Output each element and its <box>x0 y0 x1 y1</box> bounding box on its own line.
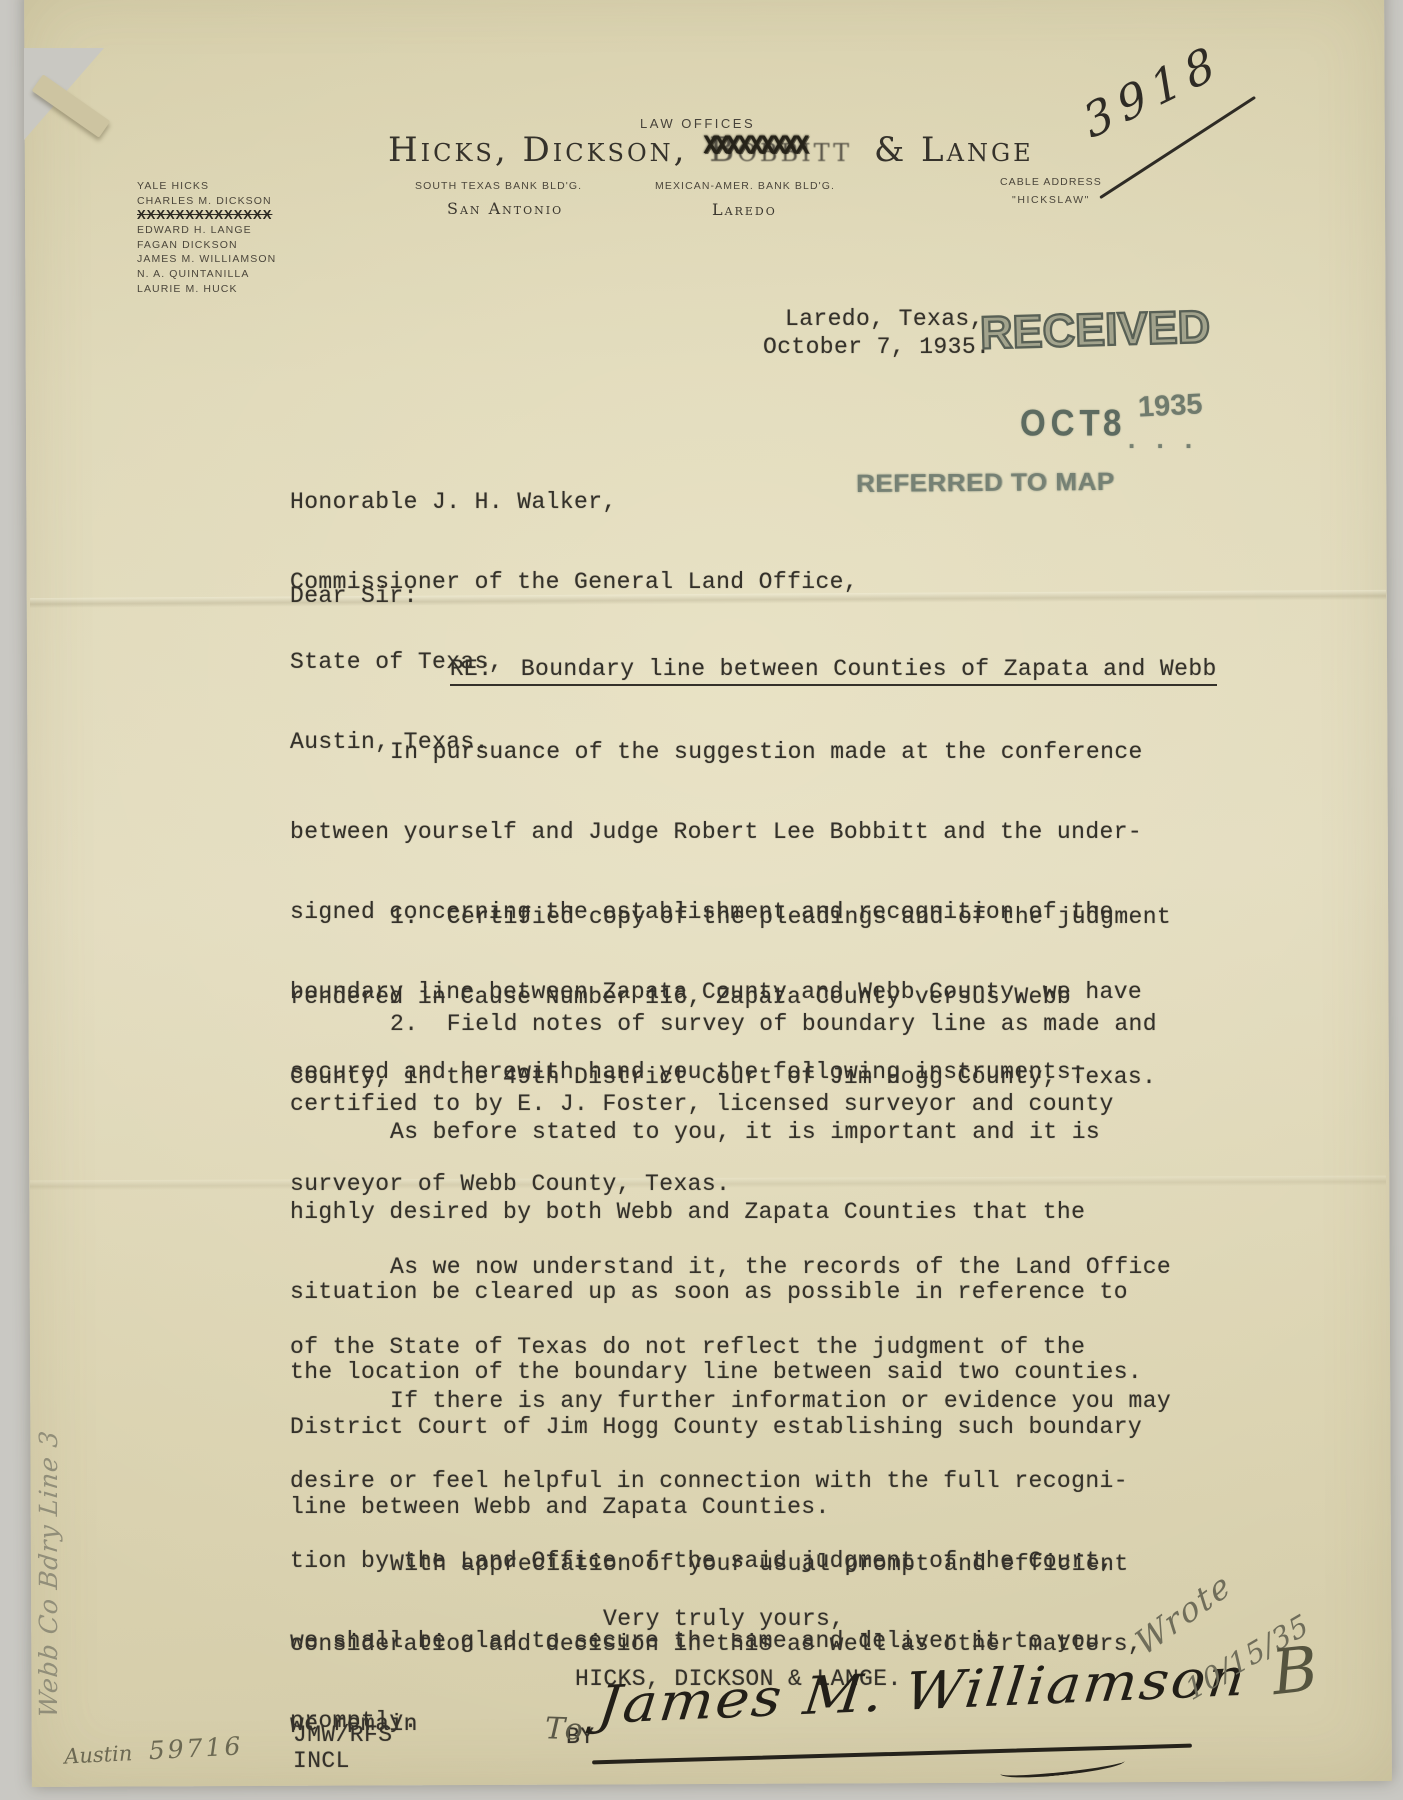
attorney-name-struck: XXXXXXXXXXXXXX <box>137 208 276 223</box>
attorney-name: JAMES M. WILLIAMSON <box>137 252 276 267</box>
referred-to-map-stamp: REFERRED TO MAP <box>856 468 1115 499</box>
strike-x-overlay: XXXXXXXXX <box>703 131 806 159</box>
received-stamp: RECEIVED <box>979 300 1210 359</box>
paragraph: With appreciation of your usual prompt a… <box>290 1498 1142 1790</box>
date-stamp-day: 8 <box>1103 402 1121 445</box>
attorney-name: CHARLES M. DICKSON <box>137 194 276 209</box>
date-stamp-dots: . . . <box>1128 424 1199 455</box>
corner-note-number: 59716 <box>148 1731 244 1765</box>
date-stamp-month: OCT <box>1020 402 1105 445</box>
office-building-laredo: MEXICAN-AMER. BANK BLD'G. <box>655 180 835 192</box>
cable-address-label: CABLE ADDRESS <box>1000 176 1102 188</box>
corner-note-word: Austin <box>64 1741 133 1769</box>
cable-address-value: "HICKSLAW" <box>1012 194 1090 206</box>
letterhead-firm-name: Hicks, Dickson, Bobbitt XXXXXXXXX & Lang… <box>388 130 1034 170</box>
body-line: In pursuance of the suggestion made at t… <box>290 738 1143 766</box>
attorney-name-list: YALE HICKS CHARLES M. DICKSON XXXXXXXXXX… <box>137 179 276 296</box>
attorney-name: N. A. QUINTANILLA <box>137 267 276 282</box>
scanned-letter-page: 3918 LAW OFFICES Hicks, Dickson, Bobbitt… <box>0 0 1403 1800</box>
attorney-name: YALE HICKS <box>137 179 276 194</box>
office-building-san-antonio: SOUTH TEXAS BANK BLD'G. <box>415 180 582 192</box>
salutation: Dear Sir: <box>290 583 418 609</box>
office-city-san-antonio: San Antonio <box>447 199 563 218</box>
enclosure-notation: INCL <box>293 1748 350 1774</box>
recipient-line: Honorable J. H. Walker, <box>290 488 858 516</box>
date-stamp-year: 1935 <box>1137 388 1203 424</box>
attorney-name: FAGAN DICKSON <box>137 238 276 253</box>
body-line: With appreciation of your usual prompt a… <box>290 1550 1142 1578</box>
valediction: Very truly yours, <box>603 1606 844 1632</box>
subject-text: RE: Boundary line between Counties of Za… <box>450 656 1217 686</box>
body-line: As we now understand it, the records of … <box>290 1253 1171 1281</box>
initial-b-annotation: B <box>1268 1632 1321 1709</box>
body-line: consideration and decision in this as we… <box>290 1630 1142 1658</box>
to-pencil-mark: To <box>544 1711 585 1747</box>
body-line: between yourself and Judge Robert Lee Bo… <box>290 818 1143 846</box>
dateline-date: October 7, 1935. <box>763 334 990 360</box>
firm-name-part2: & Lange <box>874 130 1034 170</box>
office-city-laredo: Laredo <box>712 200 777 219</box>
firm-name-part1: Hicks, Dickson, <box>388 130 687 170</box>
body-line: As before stated to you, it is important… <box>290 1118 1142 1146</box>
body-line: desire or feel helpful in connection wit… <box>290 1467 1171 1495</box>
typist-initials: JMW/RFS <box>293 1722 392 1748</box>
body-line: If there is any further information or e… <box>290 1387 1171 1415</box>
margin-note-vertical: Webb Co Bdry Line 3 <box>34 1429 63 1719</box>
firm-name-struck-out: Bobbitt XXXXXXXXX <box>709 130 852 170</box>
dateline-city: Laredo, Texas, <box>785 306 984 332</box>
body-line: 1. Certified copy of the pleadings and o… <box>290 903 1171 931</box>
body-line: 2. Field notes of survey of boundary lin… <box>290 1010 1157 1038</box>
letterhead-law-offices: LAW OFFICES <box>640 116 755 131</box>
attorney-name: LAURIE M. HUCK <box>137 282 276 297</box>
attorney-name: EDWARD H. LANGE <box>137 223 276 238</box>
